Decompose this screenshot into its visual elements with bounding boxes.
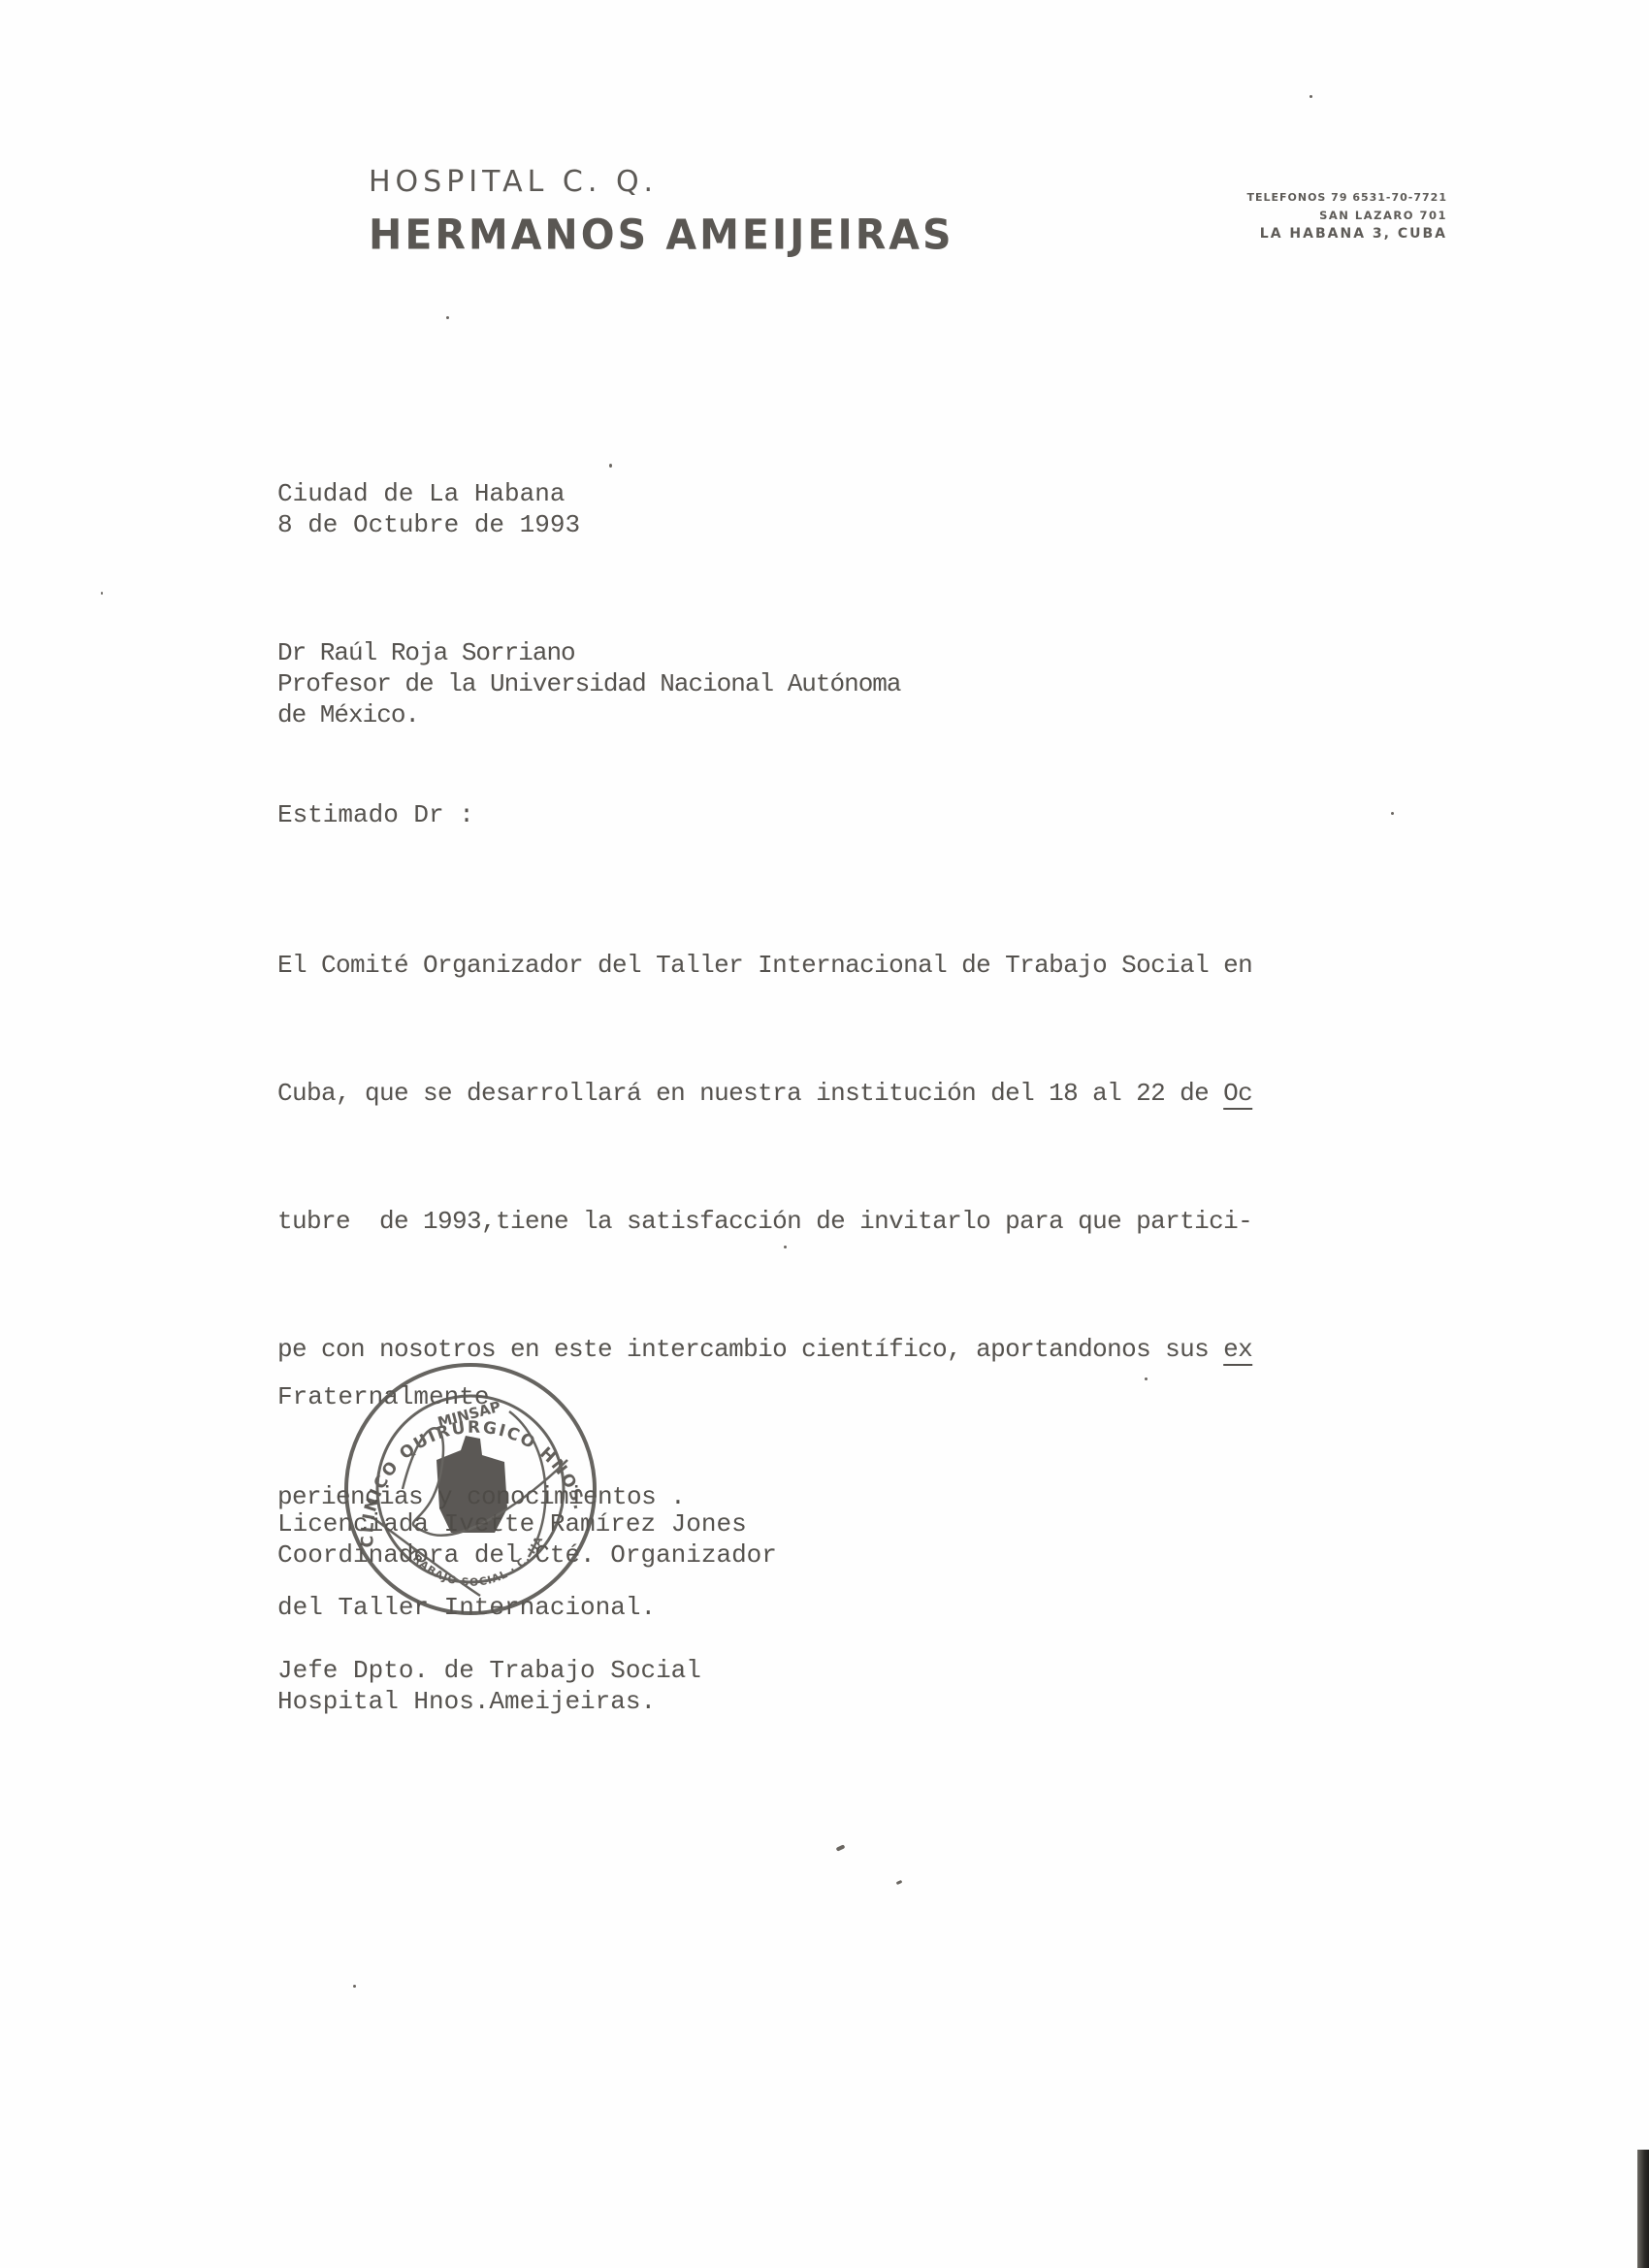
recipient-title-2: de México. xyxy=(277,700,419,729)
scan-speck xyxy=(353,1985,356,1988)
letter-page: HOSPITAL C. Q. HERMANOS AMEIJEIRAS TELEF… xyxy=(0,0,1649,2268)
official-seal-stamp: CLINICO QUIRURGICO HNOS. AMEIJEIRAS MINS… xyxy=(335,1353,606,1625)
scanner-edge-shadow xyxy=(1637,2150,1649,2268)
letterhead-city: LA HABANA 3, CUBA xyxy=(1246,225,1447,243)
salutation: Estimado Dr : xyxy=(277,800,474,829)
scan-speck xyxy=(784,1246,787,1248)
scan-speck xyxy=(1309,95,1312,98)
body-line: El Comité Organizador del Taller Interna… xyxy=(277,951,1252,1021)
date-line: 8 de Octubre de 1993 xyxy=(277,510,580,539)
scan-speck xyxy=(101,592,103,595)
body-line: tubre de 1993,tiene la satisfacción de i… xyxy=(277,1207,1252,1277)
scan-speck xyxy=(1391,812,1394,815)
letterhead-street: SAN LAZARO 701 xyxy=(1246,207,1447,225)
recipient-block: Dr Raúl Roja Sorriano Profesor de la Uni… xyxy=(277,637,901,730)
letterhead-contact: TELEFONOS 79 6531-70-7721 SAN LAZARO 701… xyxy=(1246,188,1447,243)
scan-speck xyxy=(609,464,612,468)
recipient-name: Dr Raúl Roja Sorriano xyxy=(277,638,575,667)
city-line: Ciudad de La Habana xyxy=(277,479,565,508)
place-date-block: Ciudad de La Habana 8 de Octubre de 1993 xyxy=(277,478,580,540)
seal-emblem xyxy=(436,1436,507,1533)
department-line-2: Hospital Hnos.Ameijeiras. xyxy=(277,1687,656,1716)
scan-speck xyxy=(836,1844,846,1851)
recipient-title-1: Profesor de la Universidad Nacional Autó… xyxy=(277,669,901,698)
letterhead-phones: TELEFONOS 79 6531-70-7721 xyxy=(1246,188,1447,207)
department-block: Jefe Dpto. de Trabajo Social Hospital Hn… xyxy=(277,1655,701,1717)
scan-speck xyxy=(446,316,449,319)
department-line-1: Jefe Dpto. de Trabajo Social xyxy=(277,1656,701,1685)
scan-speck xyxy=(1145,1377,1148,1380)
letterhead-hospital-label: HOSPITAL C. Q. xyxy=(369,165,658,199)
scan-speck xyxy=(896,1880,903,1885)
letterhead-hospital-name: HERMANOS AMEIJEIRAS xyxy=(369,211,954,259)
body-line: Cuba, que se desarrollará en nuestra ins… xyxy=(277,1079,1252,1149)
